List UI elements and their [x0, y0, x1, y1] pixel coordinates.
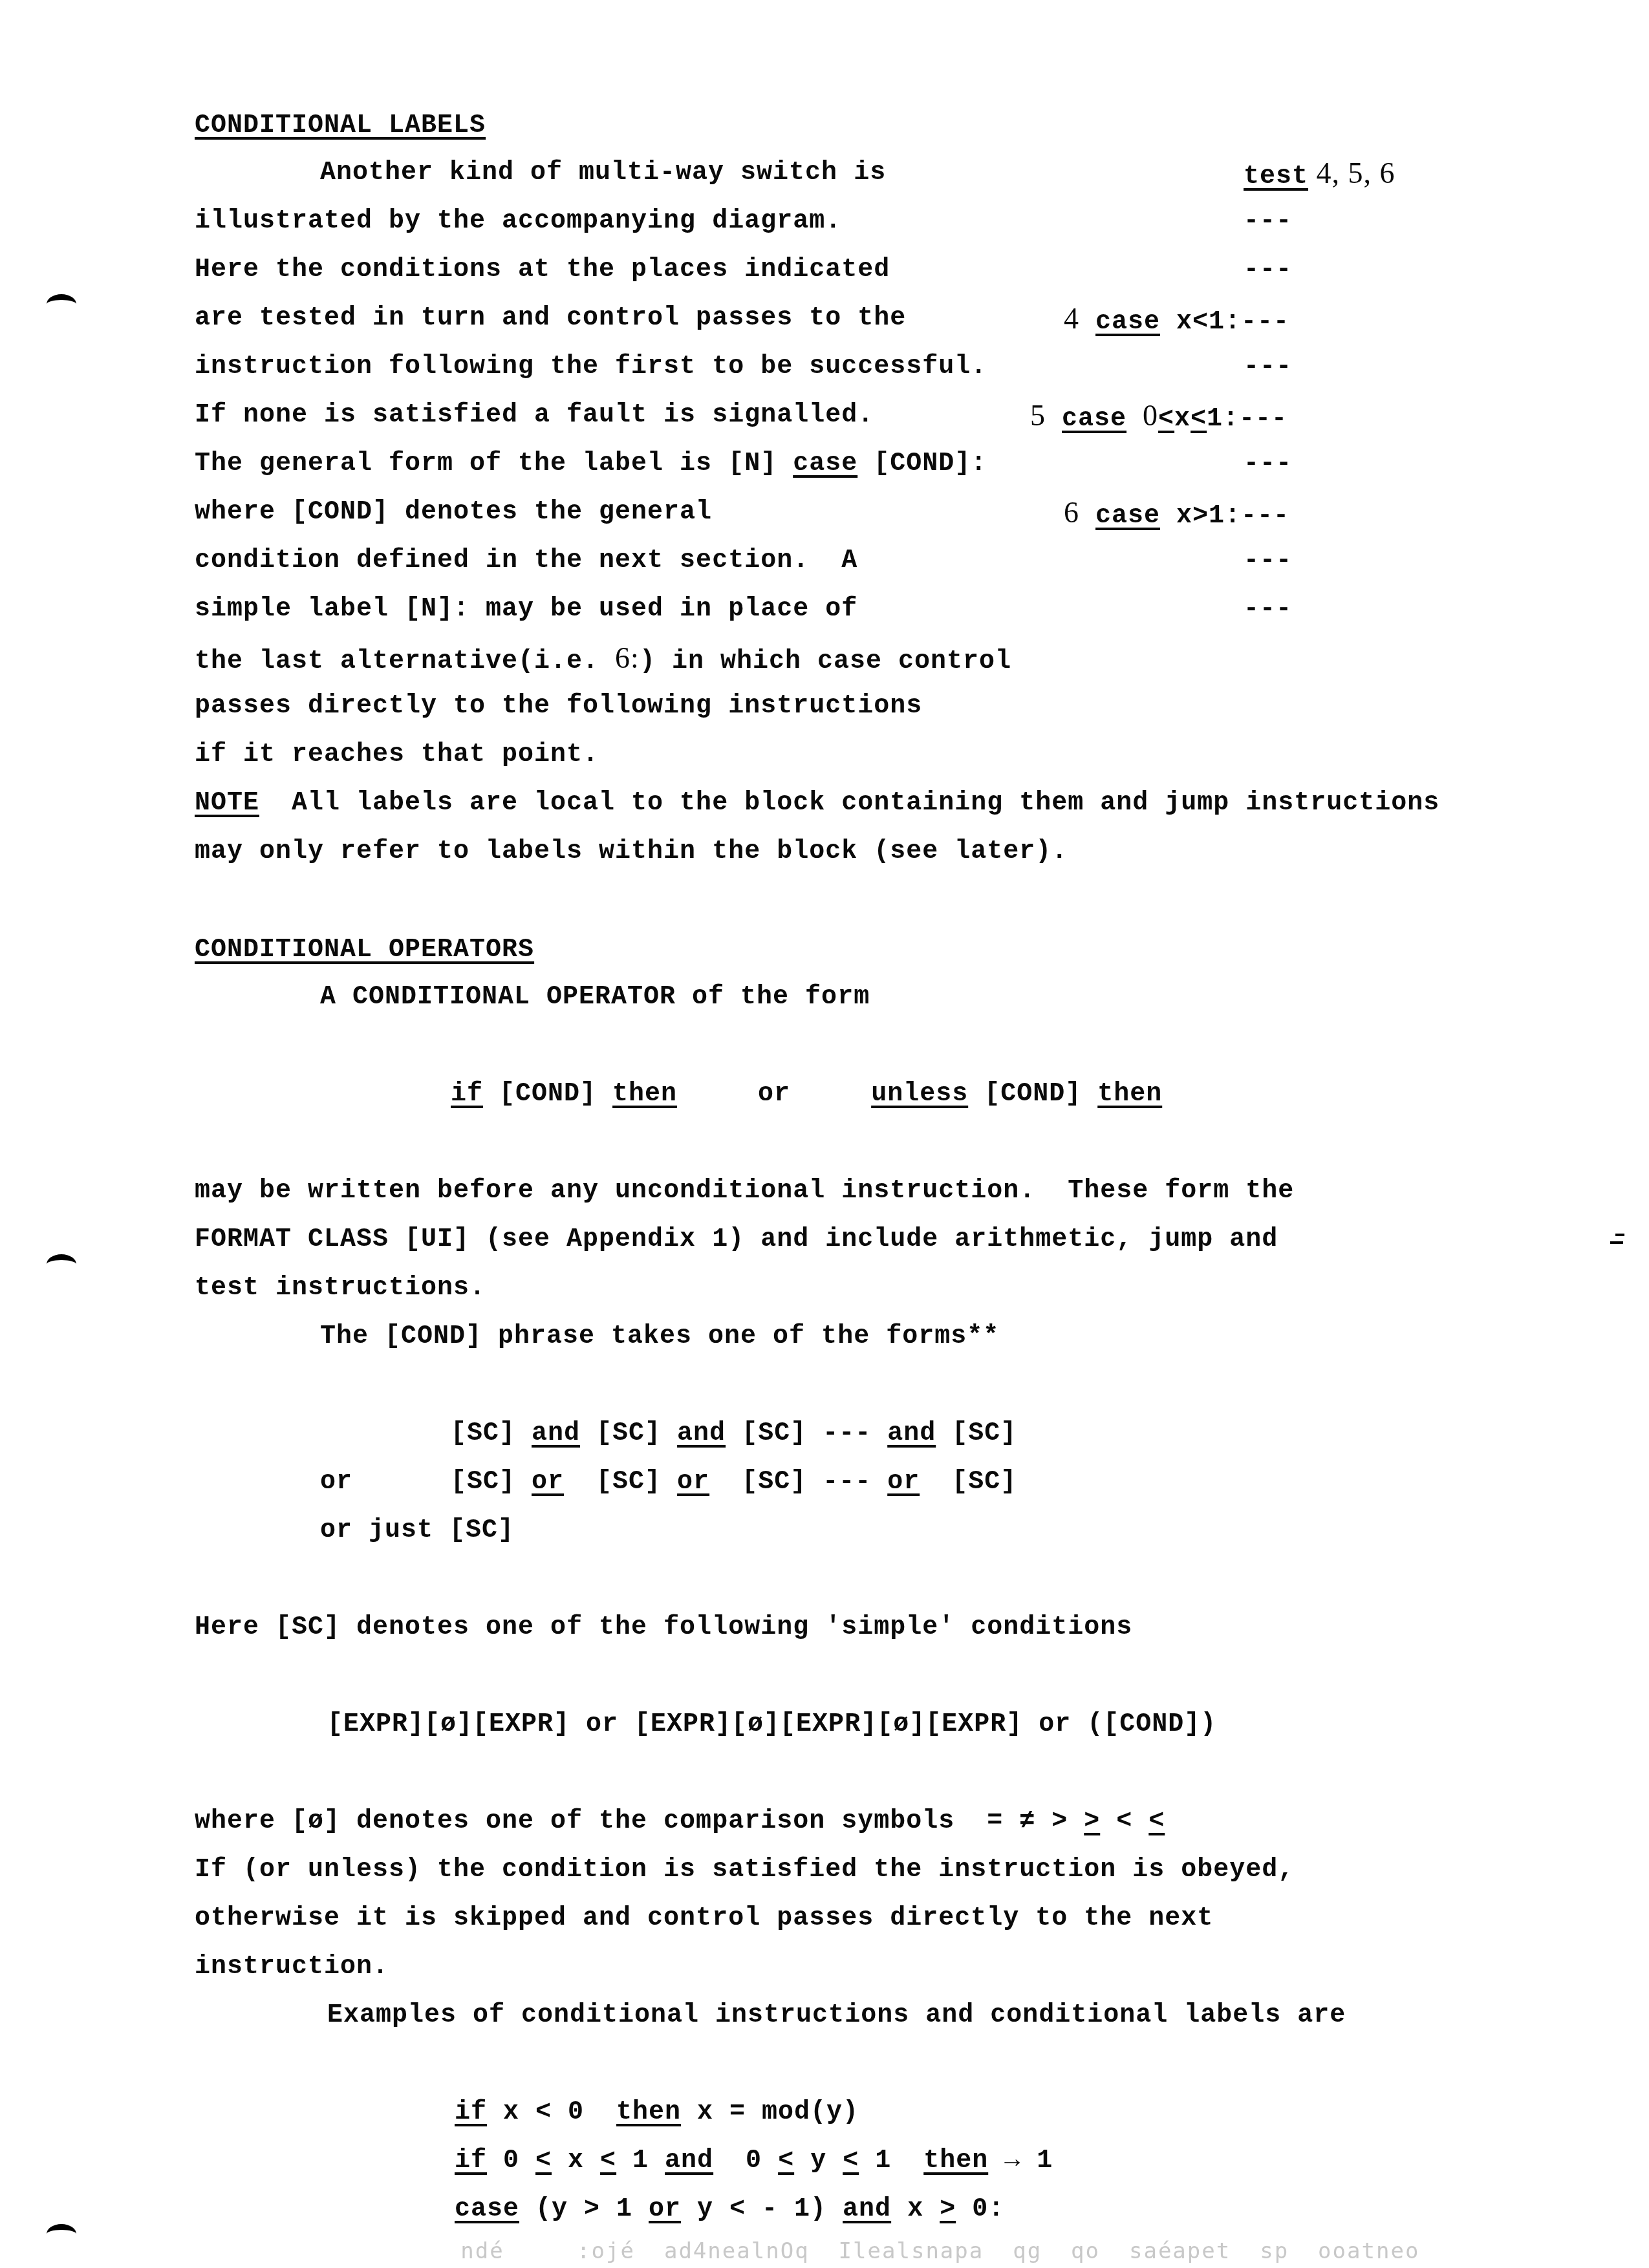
- conditional-operator-form: if [COND] then or unless [COND] then: [451, 1078, 1162, 1111]
- note-line-2: may only refer to labels within the bloc…: [195, 836, 1068, 868]
- keyword-or: or: [649, 2195, 681, 2224]
- section-heading-conditional-labels: CONDITIONAL LABELS: [195, 110, 486, 142]
- example-3: case (y > 1 or y < - 1) and x > 0:: [455, 2194, 1004, 2226]
- body-line: the last alternative(i.e. 6:) in which c…: [195, 642, 1011, 678]
- le-symbol: <: [778, 2146, 794, 2176]
- diagram-dash: ---: [1241, 502, 1289, 531]
- diagram-dash: ---: [1244, 594, 1292, 626]
- body-line: where [COND] denotes the general: [195, 497, 712, 529]
- text: (y > 1: [519, 2195, 649, 2224]
- sc-placeholder: [SC]: [952, 1468, 1017, 1497]
- le-symbol: <: [600, 2146, 616, 2176]
- label-6: 6:: [615, 641, 640, 674]
- lt-symbol: <: [1100, 1807, 1148, 1836]
- form-or-chain: [SC] or [SC] or [SC] --- or [SC]: [451, 1466, 1017, 1499]
- sc-placeholder: [SC]: [596, 1468, 661, 1497]
- body-line: instruction following the first to be su…: [195, 351, 987, 383]
- keyword-or: or: [677, 1468, 709, 1497]
- binder-hole-mark: [47, 294, 76, 314]
- sc-placeholder: [SC]: [742, 1468, 806, 1497]
- case-number: 6: [1064, 496, 1079, 529]
- diagram-dash: ---: [1244, 351, 1292, 383]
- keyword-or: or: [887, 1468, 920, 1497]
- diagram-case-4: 4 case x<1:---: [1064, 303, 1289, 339]
- example-2: if 0 < x < 1 and 0 < y < 1 then → 1: [455, 2145, 1053, 2177]
- sc-placeholder: [SC]: [952, 1419, 1017, 1448]
- diagram-dash: ---: [1244, 545, 1292, 577]
- sc-placeholder: [SC]: [596, 1419, 661, 1448]
- text: the last alternative(i.e.: [195, 647, 615, 676]
- text: x = mod(y): [681, 2098, 859, 2127]
- case-cond-mid: x: [1174, 405, 1191, 434]
- body-line: Another kind of multi-way switch is: [320, 157, 886, 189]
- body-line: may be written before any unconditional …: [195, 1175, 1294, 1208]
- body-line: are tested in turn and control passes to…: [195, 303, 906, 335]
- diagram-case-5: 5 case 0<x<1:---: [1030, 400, 1288, 436]
- text: x: [552, 2146, 600, 2176]
- simple-conditions: [EXPR][ø][EXPR] or [EXPR][ø][EXPR][ø][EX…: [327, 1709, 1216, 1741]
- comparison-symbols-line: where [ø] denotes one of the comparison …: [195, 1806, 1165, 1838]
- case-number: 4: [1064, 302, 1079, 335]
- text: 1: [616, 2146, 665, 2176]
- case-number: 5: [1030, 399, 1046, 432]
- keyword-case: case: [1095, 502, 1160, 531]
- diagram-dash: ---: [1241, 308, 1289, 337]
- example-1: if x < 0 then x = mod(y): [455, 2097, 859, 2129]
- keyword-and: and: [665, 2146, 713, 2176]
- body-line: simple label [N]: may be used in place o…: [195, 594, 857, 626]
- body-line-general-form: The general form of the label is [N] cas…: [195, 448, 987, 480]
- scan-speck: [1610, 1241, 1623, 1244]
- text: x < 0: [487, 2098, 616, 2127]
- scan-speck: [1615, 1234, 1624, 1236]
- form-and-chain: [SC] and [SC] and [SC] --- and [SC]: [451, 1418, 1017, 1450]
- keyword-if: if: [455, 2146, 487, 2176]
- keyword-then: then: [1097, 1080, 1162, 1109]
- text: 0: [487, 2146, 535, 2176]
- section-heading-conditional-operators: CONDITIONAL OPERATORS: [195, 934, 534, 967]
- keyword-then: then: [616, 2098, 681, 2127]
- keyword-if: if: [451, 1080, 483, 1109]
- text: 0: [713, 2146, 778, 2176]
- body-line: if it reaches that point.: [195, 739, 599, 771]
- ellipsis: ---: [823, 1468, 871, 1497]
- ge-symbol: >: [1084, 1807, 1100, 1836]
- le-symbol: <: [1148, 1807, 1165, 1836]
- binder-hole-mark: [47, 1254, 76, 1274]
- form-or-just: or just [SC]: [320, 1515, 514, 1547]
- ge-symbol: >: [940, 2195, 956, 2224]
- le-symbol: <: [1191, 405, 1207, 434]
- note-label: NOTE: [195, 789, 259, 818]
- body-line: instruction.: [195, 1951, 389, 1984]
- cond-placeholder: [COND]: [968, 1080, 1097, 1109]
- note-line: NOTE All labels are local to the block c…: [195, 787, 1439, 820]
- keyword-then: then: [612, 1080, 677, 1109]
- body-line: If (or unless) the condition is satisfie…: [195, 1854, 1294, 1887]
- diagram-test-line: test 4, 5, 6: [1244, 157, 1396, 193]
- examples-intro: Examples of conditional instructions and…: [327, 2000, 1346, 2032]
- keyword-or: or: [532, 1468, 564, 1497]
- sc-intro: Here [SC] denotes one of the following '…: [195, 1612, 1132, 1644]
- note-text: All labels are local to the block contai…: [259, 789, 1439, 818]
- case-condition: x<1:: [1176, 308, 1241, 337]
- diagram-dash: ---: [1244, 254, 1292, 286]
- body-line: passes directly to the following instruc…: [195, 690, 922, 723]
- text: where [ø] denotes one of the comparison …: [195, 1807, 1084, 1836]
- text: [COND]:: [857, 449, 987, 478]
- keyword-and: and: [887, 1419, 936, 1448]
- bleed-through-text: ndé :ojé ad4nealnOq Ilealsnapa qg qo saé…: [388, 2238, 1419, 2264]
- case-cond-pre: 0: [1143, 399, 1158, 432]
- sc-placeholder: [SC]: [451, 1419, 515, 1448]
- keyword-unless: unless: [871, 1080, 968, 1109]
- le-symbol: <: [1158, 405, 1174, 434]
- word-or: or: [758, 1080, 790, 1109]
- binder-hole-mark: [47, 2224, 76, 2244]
- diagram-case-6: 6 case x>1:---: [1064, 497, 1289, 533]
- text: The general form of the label is [N]: [195, 449, 793, 478]
- sc-placeholder: [SC]: [451, 1468, 515, 1497]
- keyword-case: case: [793, 449, 857, 478]
- body-line: If none is satisfied a fault is signalle…: [195, 400, 874, 432]
- sc-placeholder: [SC]: [742, 1419, 806, 1448]
- body-line: test instructions.: [195, 1272, 486, 1305]
- body-line: condition defined in the next section. A: [195, 545, 857, 577]
- cond-phrase-intro: The [COND] phrase takes one of the forms…: [320, 1321, 999, 1353]
- test-targets: 4, 5, 6: [1308, 156, 1396, 189]
- text: y < - 1): [681, 2195, 843, 2224]
- text: → 1: [988, 2146, 1053, 2176]
- body-line: FORMAT CLASS [UI] (see Appendix 1) and i…: [195, 1224, 1278, 1256]
- keyword-and: and: [677, 1419, 726, 1448]
- text: x: [891, 2195, 940, 2224]
- keyword-and: and: [532, 1419, 580, 1448]
- form-or-label: or: [320, 1466, 352, 1499]
- text: 1: [859, 2146, 923, 2176]
- diagram-dash: ---: [1239, 405, 1288, 434]
- le-symbol: <: [535, 2146, 552, 2176]
- text: y: [794, 2146, 843, 2176]
- keyword-case: case: [1095, 308, 1160, 337]
- ellipsis: ---: [823, 1419, 871, 1448]
- diagram-dash: ---: [1244, 448, 1292, 480]
- diagram-dash: ---: [1244, 206, 1292, 238]
- keyword-case: case: [455, 2195, 519, 2224]
- le-symbol: <: [843, 2146, 859, 2176]
- case-condition: x>1:: [1176, 502, 1241, 531]
- text: ) in which case control: [640, 647, 1011, 676]
- keyword-and: and: [843, 2195, 891, 2224]
- body-line: Here the conditions at the places indica…: [195, 254, 890, 286]
- text: 0:: [956, 2195, 1004, 2224]
- keyword-if: if: [455, 2098, 487, 2127]
- body-line: otherwise it is skipped and control pass…: [195, 1903, 1213, 1935]
- case-cond-post: 1:: [1207, 405, 1239, 434]
- keyword-then: then: [923, 2146, 988, 2176]
- keyword-test: test: [1244, 162, 1308, 191]
- section2-intro: A CONDITIONAL OPERATOR of the form: [320, 981, 870, 1014]
- cond-placeholder: [COND]: [483, 1080, 612, 1109]
- keyword-case: case: [1062, 405, 1126, 434]
- body-line: illustrated by the accompanying diagram.: [195, 206, 841, 238]
